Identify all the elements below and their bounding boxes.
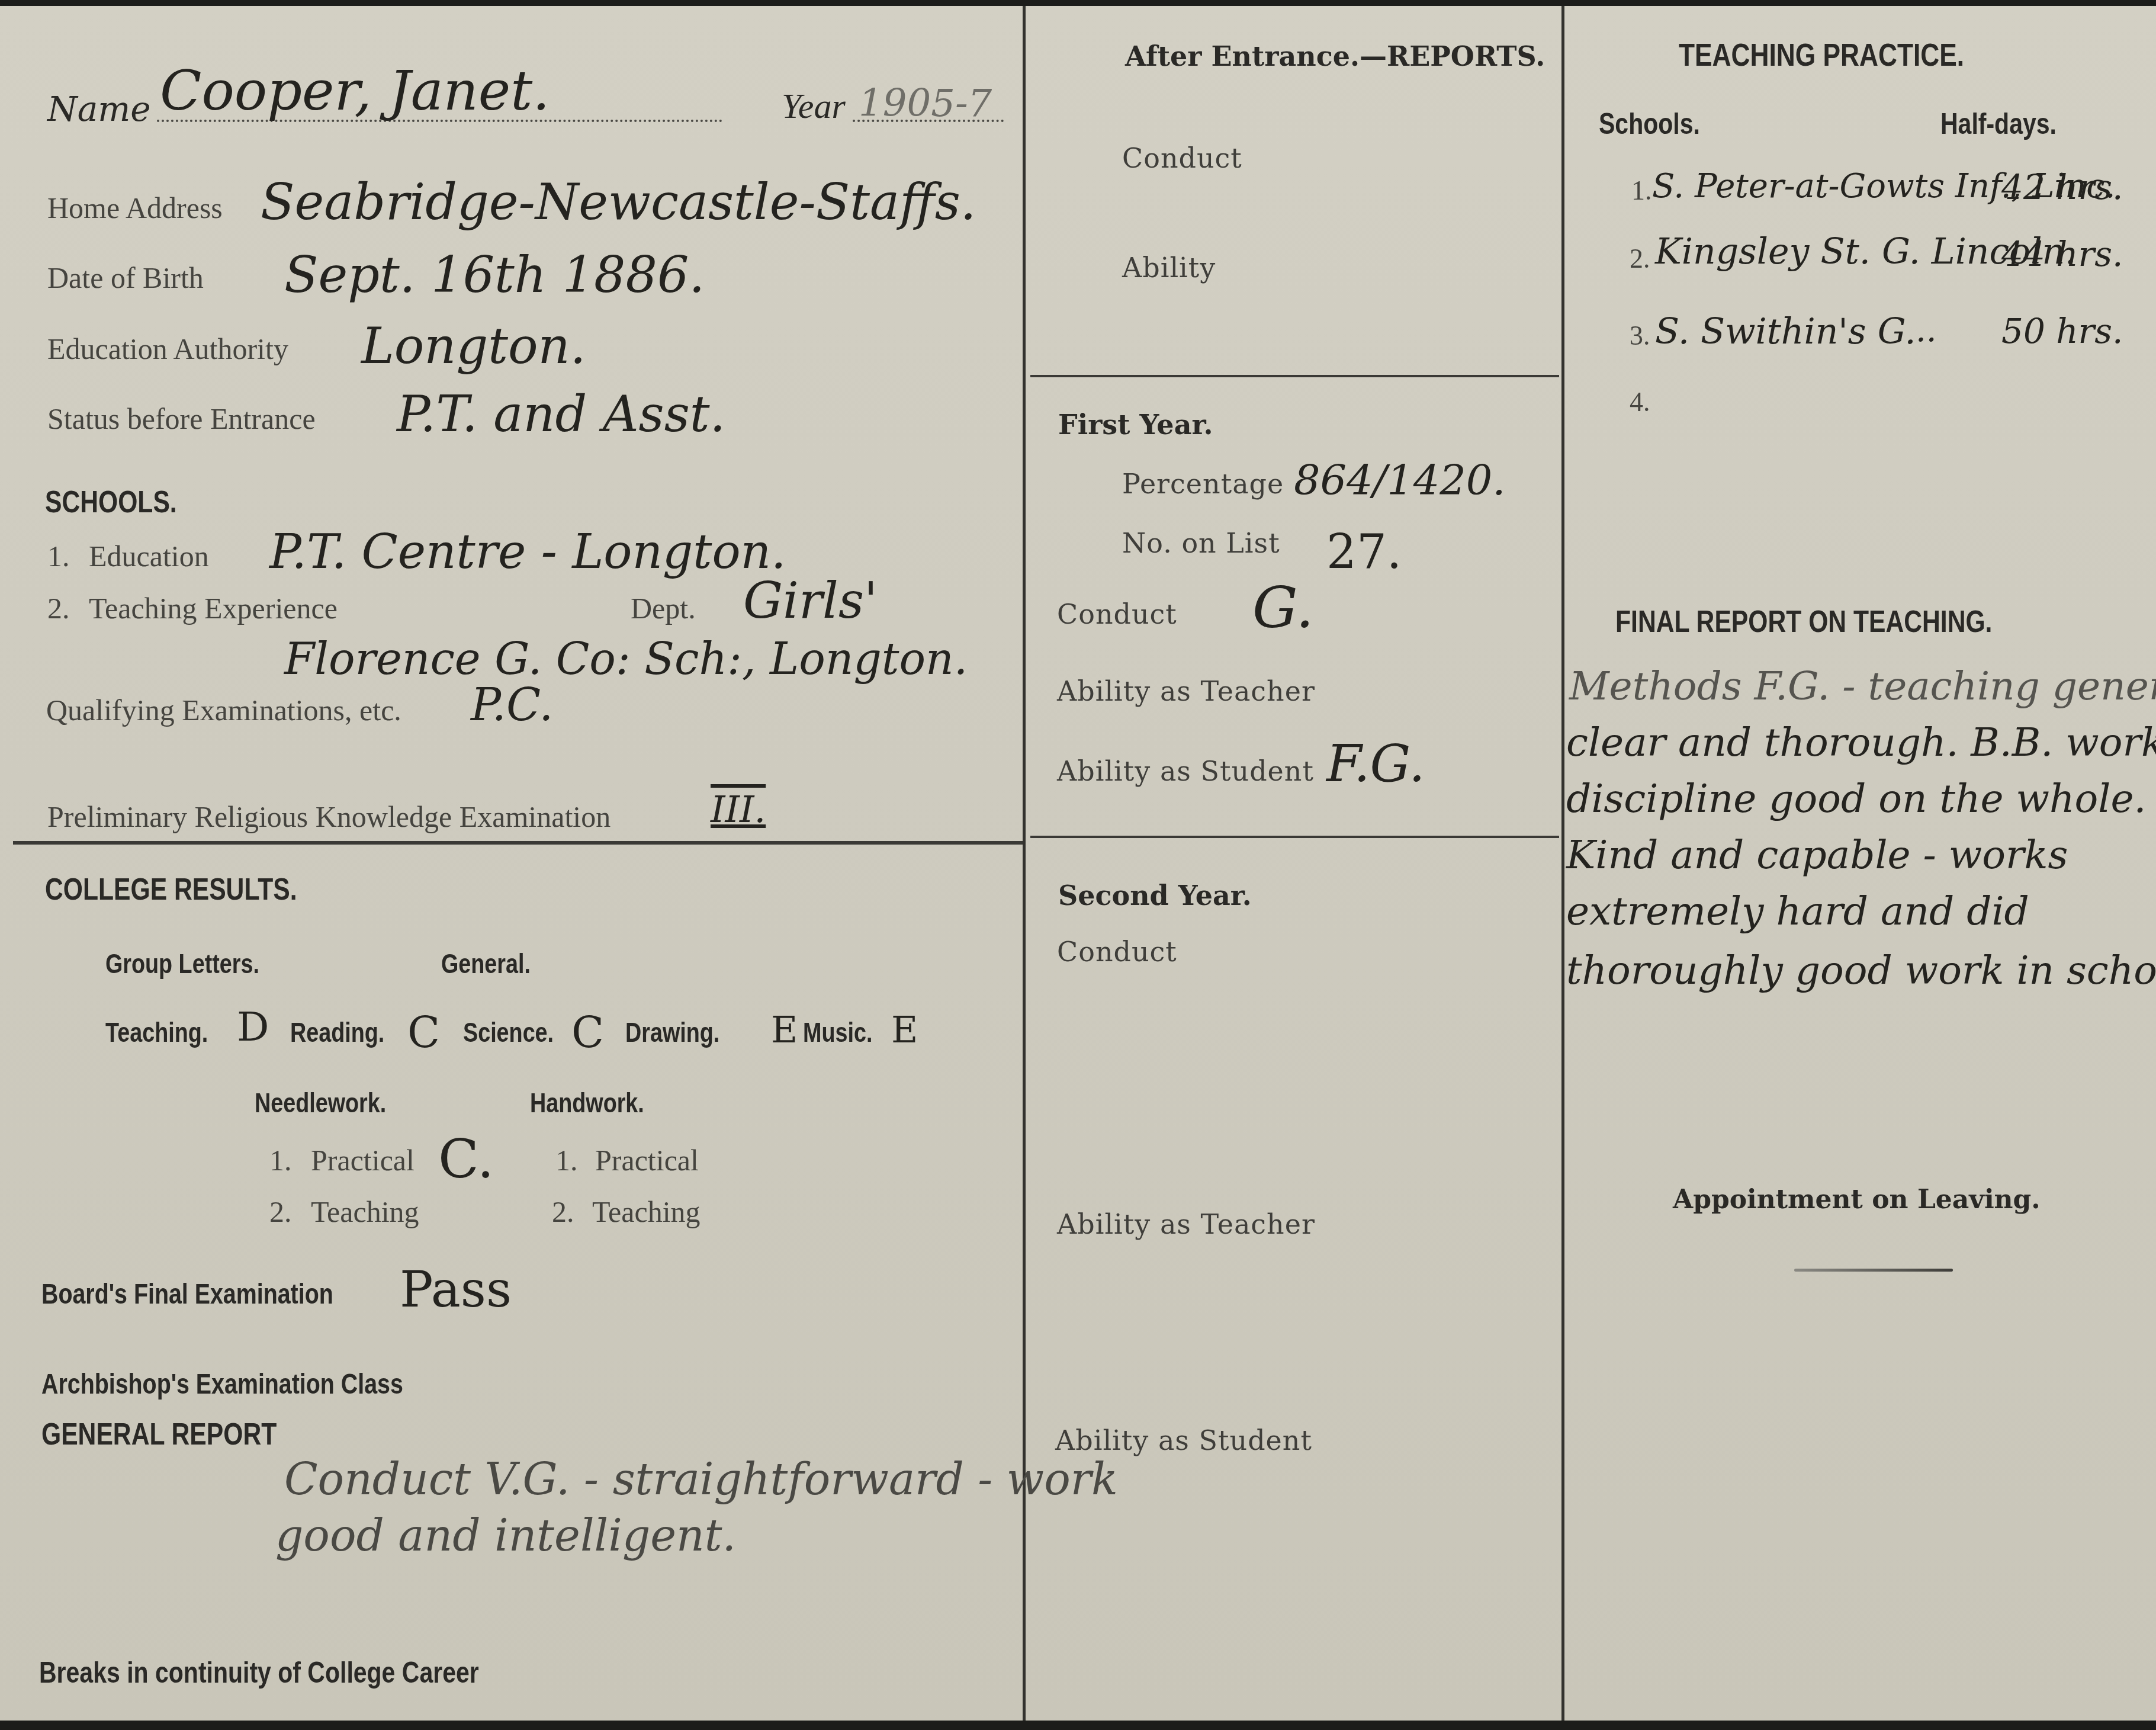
second-year-conduct-label: Conduct: [1057, 936, 1177, 968]
dob-label: Date of Birth: [47, 261, 204, 295]
tp-row-2-time: 44 hrs.: [2001, 234, 2123, 274]
final-report-line-4: Kind and capable - works: [1566, 832, 2068, 878]
needlework-label: Needlework.: [255, 1087, 386, 1119]
first-year-student-value: F.G.: [1326, 734, 1425, 794]
final-report-line-1: Methods F.G. - teaching generally: [1569, 663, 2156, 709]
subject-drawing-label: Drawing.: [625, 1016, 719, 1048]
handwork-teaching-num: 2.: [552, 1195, 574, 1229]
general-label: General.: [441, 948, 531, 980]
education-authority-label: Education Authority: [47, 332, 288, 366]
home-address-value: Seabridge-Newcastle-Staffs.: [261, 173, 976, 231]
tp-row-3-time: 50 hrs.: [2001, 311, 2123, 351]
subject-teaching-label: Teaching.: [105, 1016, 208, 1048]
rule-reports-1: [1030, 375, 1559, 377]
education-label: Education: [89, 539, 209, 573]
rule-left-middle: [13, 841, 1023, 845]
year-value: 1905-7: [859, 82, 992, 126]
qualifying-label: Qualifying Examinations, etc.: [46, 693, 401, 727]
qualifying-value: P.C.: [471, 678, 554, 731]
percentage-label: Percentage: [1122, 468, 1284, 500]
schools-heading: SCHOOLS.: [45, 484, 177, 520]
final-report-line-3: discipline good on the whole.: [1566, 776, 2146, 821]
religious-value: III.: [711, 788, 766, 831]
tp-row-3-ditto: ..: [1916, 311, 1937, 349]
needlework-teaching-num: 2.: [269, 1195, 292, 1229]
appointment-heading: Appointment on Leaving.: [1673, 1185, 2041, 1215]
name-label: Name: [47, 89, 151, 129]
boards-final-label: Board's Final Examination: [41, 1278, 333, 1311]
religious-label: Preliminary Religious Knowledge Examinat…: [47, 800, 611, 834]
tp-row-4-num: 4.: [1630, 386, 1650, 418]
record-card: Name Cooper, Janet. Year 1905-7 Home Add…: [0, 6, 2156, 1721]
reports-heading: After Entrance.—REPORTS.: [1125, 40, 1545, 72]
subject-music-grade: E: [891, 1008, 918, 1051]
second-year-teacher-label: Ability as Teacher: [1057, 1208, 1315, 1240]
general-report-label: GENERAL REPORT: [41, 1417, 277, 1452]
handwork-teaching-label: Teaching: [592, 1195, 701, 1229]
college-results-heading: COLLEGE RESULTS.: [45, 872, 297, 907]
name-value: Cooper, Janet.: [160, 59, 550, 123]
no-on-list-label: No. on List: [1122, 527, 1280, 559]
no-on-list-value: 27.: [1326, 524, 1402, 579]
first-year-conduct-label: Conduct: [1057, 598, 1177, 630]
rule-reports-2: [1030, 836, 1559, 838]
archbishop-label: Archbishop's Examination Class: [41, 1368, 403, 1401]
tp-row-3-school: S. Swithin's G.: [1655, 311, 1916, 352]
handwork-label: Handwork.: [530, 1087, 644, 1119]
second-year-student-label: Ability as Student: [1055, 1424, 1312, 1456]
education-num: 1.: [47, 539, 70, 573]
tp-row-3-num: 3.: [1630, 320, 1650, 351]
dept-label: Dept.: [631, 591, 696, 625]
teaching-experience-value: Florence G. Co: Sch:, Longton.: [284, 634, 968, 685]
column-divider-right: [1561, 6, 1564, 1721]
second-year-heading: Second Year.: [1058, 880, 1252, 911]
teaching-practice-heading: TEACHING PRACTICE.: [1679, 37, 1964, 73]
teaching-num: 2.: [47, 591, 70, 625]
tp-row-1-time: 42 hrs.: [2001, 167, 2123, 207]
schools-column-label: Schools.: [1599, 107, 1700, 141]
first-year-conduct-value: G.: [1252, 574, 1314, 641]
after-entrance-conduct-label: Conduct: [1122, 142, 1242, 174]
teaching-experience-label: Teaching Experience: [89, 591, 338, 625]
dob-value: Sept. 16th 1886.: [284, 246, 705, 304]
final-report-line-2: clear and thorough. B.B. work F.G. -: [1566, 720, 2156, 765]
dept-value: Girls': [743, 572, 878, 630]
status-label: Status before Entrance: [47, 402, 316, 436]
first-year-teacher-label: Ability as Teacher: [1057, 675, 1315, 707]
subject-science-grade: C: [571, 1008, 604, 1058]
needlework-practical-label: Practical: [311, 1143, 415, 1177]
final-report-heading: FINAL REPORT ON TEACHING.: [1615, 604, 1992, 640]
education-authority-value: Longton.: [361, 317, 586, 375]
subject-drawing-grade: E: [771, 1008, 798, 1051]
subject-reading-grade: C: [407, 1008, 440, 1058]
subject-science-label: Science.: [463, 1016, 554, 1048]
subject-teaching-grade: D: [237, 1004, 269, 1051]
tp-row-1-num: 1.: [1631, 175, 1652, 206]
first-year-student-label: Ability as Student: [1057, 755, 1314, 787]
tp-row-2-num: 2.: [1630, 243, 1650, 274]
needlework-teaching-label: Teaching: [311, 1195, 419, 1229]
group-letters-label: Group Letters.: [105, 948, 259, 980]
handwork-practical-label: Practical: [595, 1143, 699, 1177]
half-days-column-label: Half-days.: [1940, 107, 2057, 141]
first-year-heading: First Year.: [1058, 409, 1213, 441]
general-report-line-2: good and intelligent.: [275, 1510, 736, 1561]
home-address-label: Home Address: [47, 191, 223, 225]
appointment-dash: [1794, 1269, 1953, 1272]
breaks-label: Breaks in continuity of College Career: [39, 1655, 479, 1690]
boards-final-value: Pass: [400, 1260, 512, 1318]
percentage-value: 864/1420.: [1294, 456, 1506, 505]
year-label: Year: [782, 86, 846, 127]
needlework-practical-grade: C.: [438, 1128, 494, 1190]
subject-reading-label: Reading.: [290, 1016, 384, 1048]
after-entrance-ability-label: Ability: [1122, 252, 1216, 284]
status-value: P.T. and Asst.: [397, 385, 725, 443]
final-report-line-5: extremely hard and did: [1566, 888, 2029, 934]
final-report-line-6: thoroughly good work in school.: [1566, 948, 2156, 993]
general-report-line-1: Conduct V.G. - straightforward - work: [284, 1454, 1118, 1505]
education-value: P.T. Centre - Longton.: [269, 524, 786, 579]
handwork-practical-num: 1.: [555, 1143, 578, 1177]
needlework-practical-num: 1.: [269, 1143, 292, 1177]
subject-music-label: Music.: [803, 1016, 872, 1048]
